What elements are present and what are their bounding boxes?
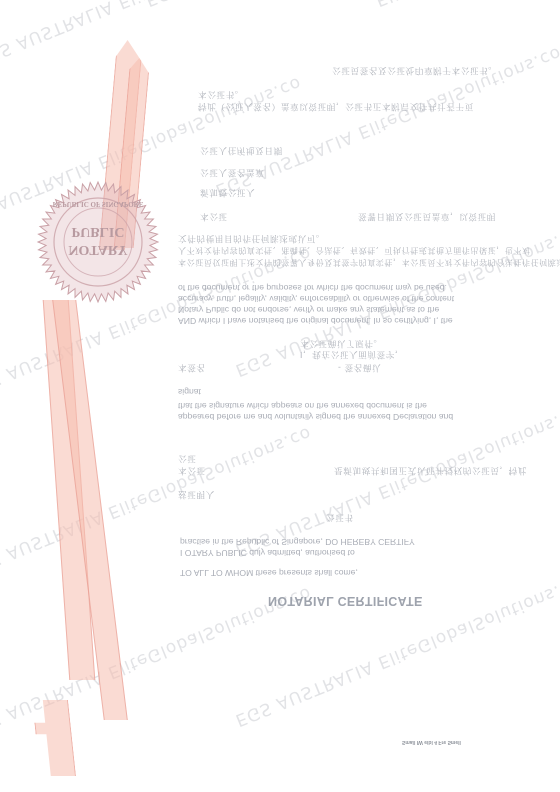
cjk-witness-line: 公证人住所地及日期 bbox=[200, 145, 283, 156]
appeared-line-2: that the signature which appears on the … bbox=[178, 400, 427, 411]
cjk-heading: 公证书 bbox=[326, 512, 354, 523]
cjk-block-2: 人不对文件内容的真实性、准确性、合法性、有效性、可执行性或其他方面作出保证，也不… bbox=[178, 245, 531, 256]
cjk-notary-sign-value: 签署日期及公证员盖章，以资证明 bbox=[358, 211, 496, 222]
cjk-signature-value: - 签名确认 bbox=[338, 362, 381, 373]
cjk-seal-label: 公证 bbox=[178, 453, 196, 464]
and-para-4: of the document or the purposes for whic… bbox=[178, 282, 447, 293]
document-page: EGS AUSTRALIA EliteGlobalSolutions.co EG… bbox=[0, 0, 560, 792]
cjk-notary-label: 本公证 bbox=[178, 465, 206, 476]
and-para-2: Notary Public do not endorse, verify or … bbox=[178, 304, 439, 315]
cjk-para-1: I，我在公证人面前签字， bbox=[300, 349, 404, 360]
certificate-title: NOTARIAL CERTIFICATE bbox=[268, 595, 423, 606]
cjk-block-1: 本公证员仅证明上述文件的签署人身份及其签字的真实性，本公证员不对文件内容的合法性… bbox=[178, 257, 560, 268]
and-para-3: accuracy, truth, legality, validity, enf… bbox=[178, 293, 454, 304]
cjk-signature-label: 本签名 bbox=[178, 362, 206, 373]
certify-line-2: practise in the Republic of Singapore, D… bbox=[180, 536, 415, 547]
certify-line-1: I OTARY PUBLIC duly admitted, authorised… bbox=[180, 547, 355, 558]
salutation: TO ALL TO WHOM these presents shall come… bbox=[180, 567, 358, 578]
flipped-document-content: NOTARIAL CERTIFICATE TO ALL TO WHOM thes… bbox=[0, 0, 560, 792]
cjk-block-3: 文件的使用目的作任何陈述或认可。 bbox=[178, 233, 325, 244]
cjk-closing: 公证员签名及公证处印章附于本公证书。 bbox=[332, 65, 498, 76]
cjk-notary-line: 是新加坡共和国正式认证并授权的公证员，特此 bbox=[334, 465, 527, 476]
cjk-person-label: 兹证明人 bbox=[178, 489, 215, 500]
cjk-para-4: 本公证书。 bbox=[198, 89, 244, 100]
appeared-line-3: signat bbox=[178, 386, 201, 397]
footer-text: Small IW eibl 4 Fre Smell bbox=[402, 736, 461, 747]
appeared-line-1: appeared before me and voluntarily signe… bbox=[178, 411, 453, 422]
cjk-office-line: 公证人签名盖章 bbox=[200, 167, 264, 178]
cjk-para-3: 特此（公证人签名）盖章以资证明，公证书正本附后文件共计若干页 bbox=[198, 101, 474, 112]
and-para-1: AND which I have notarised the original … bbox=[178, 315, 453, 326]
cjk-para-2: 本公证确认了原件。 bbox=[300, 338, 383, 349]
cjk-notary-sign-label: 本公证 bbox=[200, 211, 228, 222]
cjk-person-line: 新加坡公证人 bbox=[200, 187, 255, 198]
